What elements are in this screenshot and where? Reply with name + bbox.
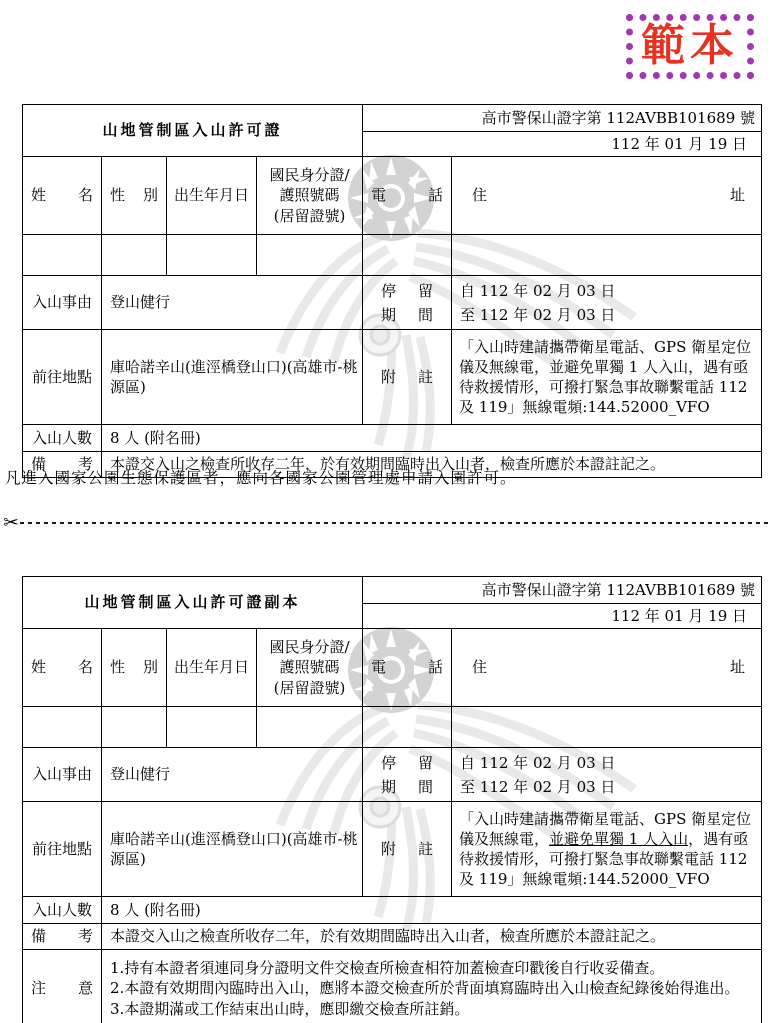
permit-number: 高市警保山證字第 112AVBB101689 號 <box>363 577 762 604</box>
col-header-address: 住址 <box>452 657 761 677</box>
remark-value: 本證交入山之檢查所收存二年，於有效期間臨時出入山者，檢查所應於本證註記之。 <box>102 924 762 950</box>
permit-table-duplicate: 山地管制區入山許可證副本 高市警保山證字第 112AVBB101689 號 11… <box>22 576 762 1023</box>
col-header-address: 住址 <box>452 185 761 205</box>
col-header-birthdate: 出生年月日 <box>167 157 257 235</box>
col-header-phone: 電話 <box>363 657 451 677</box>
headcount-value: 8 人 (附名冊) <box>102 897 762 924</box>
note-value: 「入山時建請攜帶衛星電話、GPS 衛星定位儀及無線電，並避免單獨 1 人入山，遇… <box>452 802 762 897</box>
cut-line: ✂ <box>4 514 772 532</box>
row-label-headcount: 入山人數 <box>23 425 102 452</box>
row-label-stay-period: 停留 期間 <box>363 748 452 802</box>
national-park-notice: 凡進入國家公園生態保護區者，應向各國家公園管理處申請入園許可。 <box>5 466 517 488</box>
stay-period-value: 自 112 年 02 月 03 日 至 112 年 02 月 03 日 <box>452 748 762 802</box>
col-header-id-number: 國民身分證/ 護照號碼 (居留證號) <box>257 629 363 707</box>
note-value: 「入山時建請攜帶衛星電話、GPS 衛星定位儀及無線電，並避免單獨 1 人入山，遇… <box>452 330 762 425</box>
col-header-id-number: 國民身分證/ 護照號碼 (居留證號) <box>257 157 363 235</box>
row-label-caution: 注意 <box>23 978 101 998</box>
row-label-headcount: 入山人數 <box>23 897 102 924</box>
caution-list: 1.持有本證者須連同身分證明文件交檢查所檢查相符加蓋檢查印戳後自行收妥備查。 2… <box>102 950 762 1023</box>
row-label-entry-reason: 入山事由 <box>23 748 102 802</box>
permit-number: 高市警保山證字第 112AVBB101689 號 <box>363 105 762 132</box>
issue-date: 112 年 01 月 19 日 <box>363 604 762 629</box>
col-header-gender: 性別 <box>102 185 166 205</box>
caution-list-item: 3.本證期滿或工作結束出山時，應即繳交檢查所註銷。 <box>110 999 761 1019</box>
empty-data-row <box>23 235 762 276</box>
entry-reason-value: 登山健行 <box>102 748 363 802</box>
row-label-note: 附註 <box>363 367 451 387</box>
col-header-phone: 電話 <box>363 185 451 205</box>
stay-to: 至 112 年 02 月 03 日 <box>460 303 757 327</box>
stay-from: 自 112 年 02 月 03 日 <box>460 751 757 775</box>
stay-from: 自 112 年 02 月 03 日 <box>460 279 757 303</box>
row-label-remark: 備考 <box>23 926 101 946</box>
issue-date: 112 年 01 月 19 日 <box>363 132 762 157</box>
permit-title: 山地管制區入山許可證 <box>23 105 363 157</box>
col-header-gender: 性別 <box>102 657 166 677</box>
permit-table-original: 山地管制區入山許可證 高市警保山證字第 112AVBB101689 號 112 … <box>22 104 762 478</box>
row-label-entry-reason: 入山事由 <box>23 276 102 330</box>
row-label-destination: 前往地點 <box>23 330 102 425</box>
permit-duplicate-title: 山地管制區入山許可證副本 <box>23 577 363 629</box>
caution-list-item: 1.持有本證者須連同身分證明文件交檢查所檢查相符加蓋檢查印戳後自行收妥備查。 <box>110 958 761 978</box>
destination-value: 庫哈諾辛山(進涇橋登山口)(高雄市-桃源區) <box>102 802 363 897</box>
col-header-name: 姓名 <box>23 185 101 205</box>
empty-data-row <box>23 707 762 748</box>
stay-period-value: 自 112 年 02 月 03 日 至 112 年 02 月 03 日 <box>452 276 762 330</box>
stay-to: 至 112 年 02 月 03 日 <box>460 775 757 799</box>
row-label-stay-period: 停留 期間 <box>363 276 452 330</box>
sample-stamp: 範本 <box>626 14 754 79</box>
page: { "stamp": {"text": "範本", "text_color": … <box>0 0 777 1023</box>
col-header-name: 姓名 <box>23 657 101 677</box>
headcount-value: 8 人 (附名冊) <box>102 425 762 452</box>
destination-value: 庫哈諾辛山(進涇橋登山口)(高雄市-桃源區) <box>102 330 363 425</box>
col-header-birthdate: 出生年月日 <box>167 629 257 707</box>
scissors-icon: ✂ <box>3 513 19 533</box>
entry-reason-value: 登山健行 <box>102 276 363 330</box>
sample-stamp-text: 範本 <box>641 21 739 72</box>
caution-list-item: 2.本證有效期間內臨時出入山，應將本證交檢查所於背面填寫臨時出入山檢查紀錄後始得… <box>110 978 761 998</box>
row-label-note: 附註 <box>363 839 451 859</box>
dashed-line <box>20 522 772 524</box>
row-label-destination: 前往地點 <box>23 802 102 897</box>
